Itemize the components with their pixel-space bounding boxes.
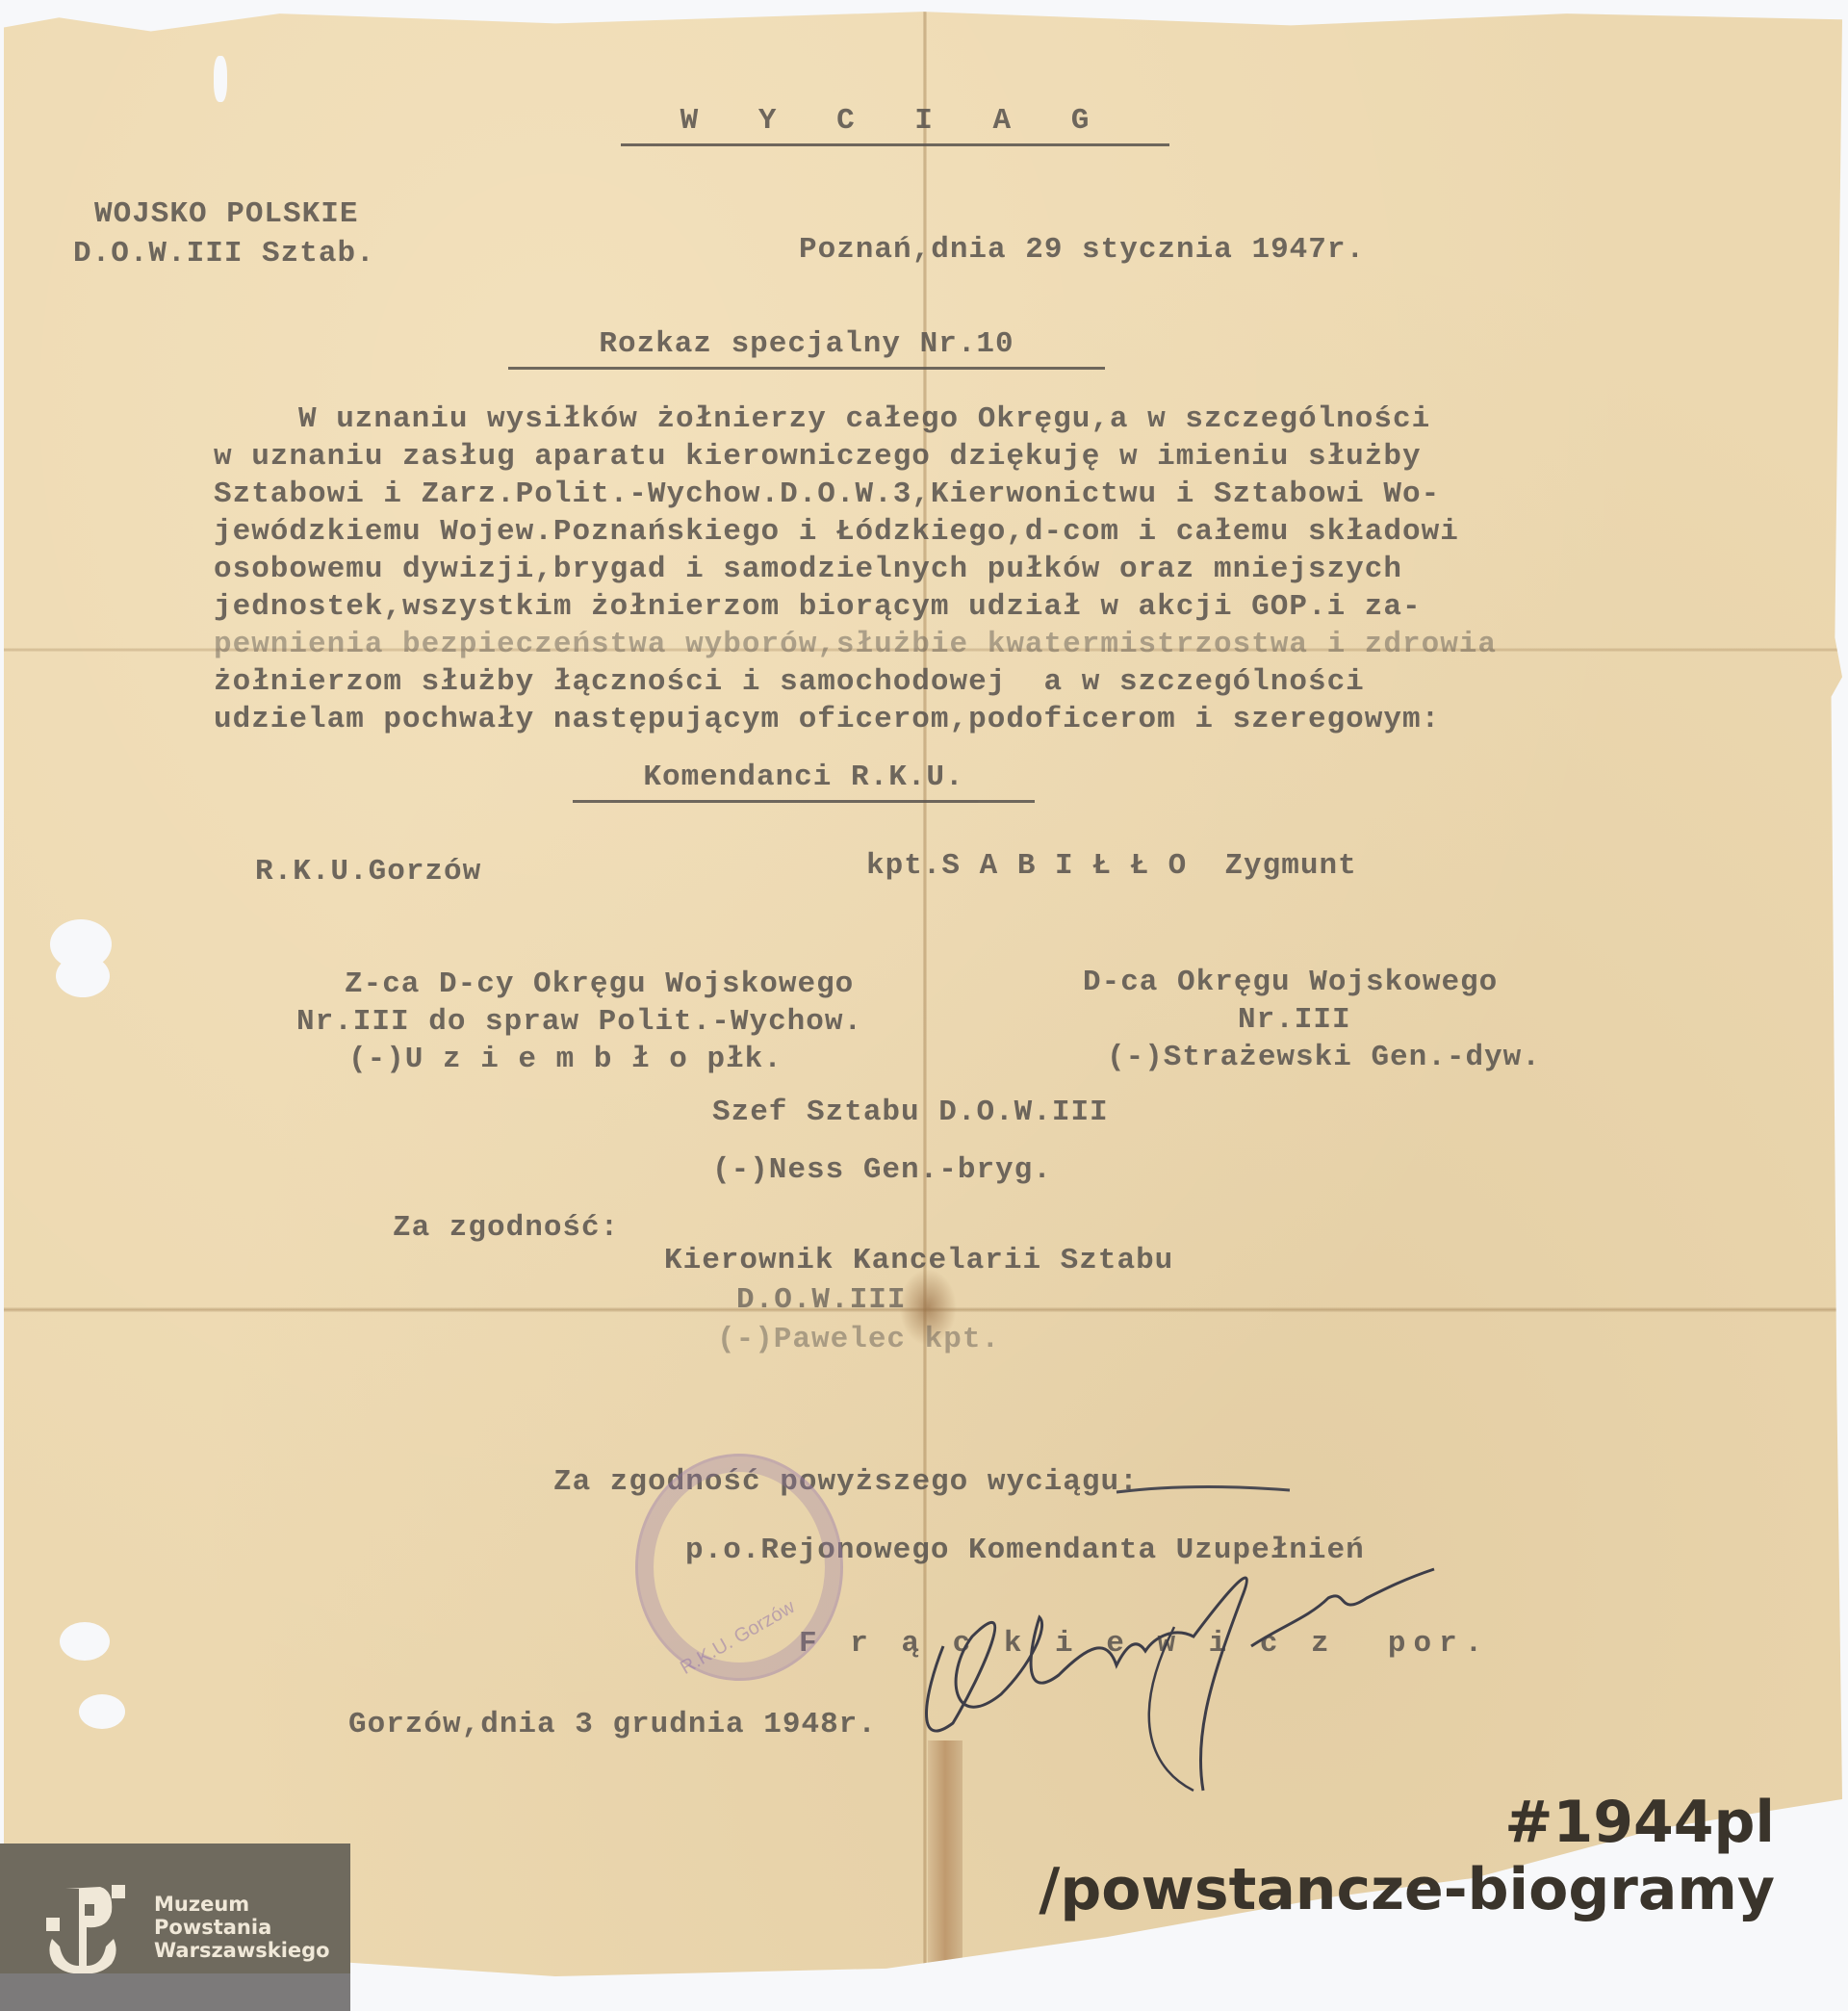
issue-place-date: Gorzów,dnia 3 grudnia 1948r. <box>348 1708 877 1741</box>
badge-footer-strip <box>0 1973 350 2011</box>
award-person: kpt.S A B I Ł Ł O Zygmunt <box>866 849 1357 883</box>
body-line: jednostek,wszystkim żołnierzom biorącym … <box>214 590 1422 624</box>
body-line: Sztabowi i Zarz.Polit.-Wychow.D.O.W.3,Ki… <box>214 477 1440 511</box>
signature-right-line: D-ca Okręgu Wojskowego <box>1083 966 1498 999</box>
punch-hole <box>60 1622 110 1661</box>
punch-hole <box>214 56 227 102</box>
signature-right-line: (-)Strażewski Gen.-dyw. <box>1107 1041 1541 1074</box>
kotwica-anchor-icon <box>44 1879 131 1975</box>
header-unit: D.O.W.III Sztab. <box>73 237 375 271</box>
handwritten-signature-icon <box>885 1482 1578 1810</box>
hashtag: #1944pl <box>1504 1789 1775 1856</box>
conformity-label: Za zgodność: <box>393 1211 619 1245</box>
signature-left-line: (-)U z i e m b ł o płk. <box>348 1043 783 1076</box>
museum-name-line: Warszawskiego <box>154 1939 330 1962</box>
signature-center-line: Szef Sztabu D.O.W.III <box>712 1096 1109 1129</box>
conformity-line: (-)Pawelec kpt. <box>717 1323 1000 1356</box>
punch-hole <box>56 955 110 997</box>
body-line: żołnierzom służby łączności i samochodow… <box>214 665 1365 699</box>
document-title: W Y C I A G <box>621 104 1169 146</box>
body-line: W uznaniu wysiłków żołnierzy całego Okrę… <box>298 402 1430 436</box>
signature-center-line: (-)Ness Gen.-bryg. <box>712 1153 1052 1187</box>
section-title: Komendanci R.K.U. <box>573 761 1035 803</box>
body-line: udzielam pochwały następującym oficerom,… <box>214 703 1440 736</box>
conformity-line: Kierownik Kancelarii Sztabu <box>664 1244 1173 1277</box>
punch-hole <box>79 1694 125 1729</box>
body-line: pewnienia bezpieczeństwa wyborów,służbie… <box>214 628 1497 661</box>
header-org: WOJSKO POLSKIE <box>94 197 358 231</box>
museum-name-line: Muzeum <box>154 1893 330 1916</box>
signature-left-line: Z-ca D-cy Okręgu Wojskowego <box>345 967 854 1001</box>
museum-name-line: Powstania <box>154 1916 330 1939</box>
signature-right-line: Nr.III <box>1238 1003 1351 1037</box>
museum-name: Muzeum Powstania Warszawskiego <box>154 1893 330 1962</box>
body-line: jewódzkiemu Wojew.Poznańskiego i Łódzkie… <box>214 515 1459 549</box>
project-path: /powstancze-biogramy <box>1039 1856 1775 1923</box>
body-line: w uznaniu zasług aparatu kierowniczego d… <box>214 440 1422 474</box>
conformity-line: D.O.W.III <box>736 1283 906 1317</box>
place-date: Poznań,dnia 29 stycznia 1947r. <box>799 233 1365 267</box>
body-line: osobowemu dywizji,brygad i samodzielnych… <box>214 553 1402 586</box>
order-title: Rozkaz specjalny Nr.10 <box>508 327 1105 370</box>
signature-left-line: Nr.III do spraw Polit.-Wychow. <box>296 1005 862 1039</box>
award-unit: R.K.U.Gorzów <box>255 855 481 889</box>
